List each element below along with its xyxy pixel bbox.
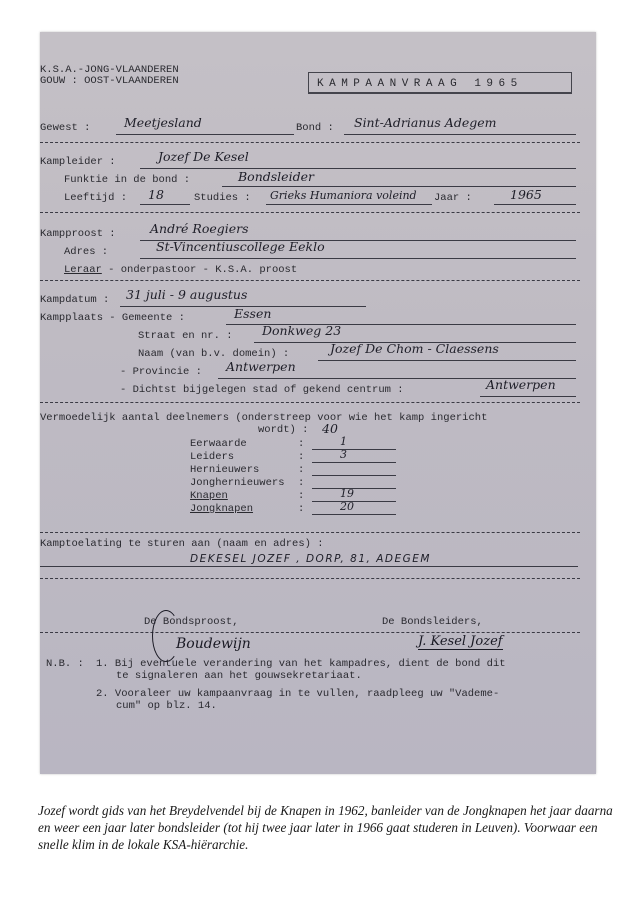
note-1: 1. Bij eventuele verandering van het kam…: [96, 658, 506, 670]
note-1-cont: te signaleren aan het gouwsekretariaat.: [116, 670, 362, 682]
participant-label: Leiders: [190, 451, 234, 463]
dichtst-value: Antwerpen: [486, 378, 556, 392]
participant-label: Knapen: [190, 490, 228, 502]
scanned-form: K.S.A.-JONG-VLAANDEREN GOUW : OOST-VLAAN…: [40, 32, 596, 774]
bondsleiders-label: De Bondsleiders,: [382, 616, 483, 628]
kampdatum-value: 31 juli - 9 augustus: [126, 288, 247, 302]
photo-caption: Jozef wordt gids van het Breydelvendel b…: [38, 802, 618, 853]
bond-value: Sint-Adrianus Adegem: [354, 116, 496, 130]
kampleider-value: Jozef De Kesel: [158, 150, 249, 164]
participant-label: Hernieuwers: [190, 464, 259, 476]
adres-label: Adres :: [64, 246, 108, 258]
participant-colon: :: [298, 464, 304, 476]
participant-label: Eerwaarde: [190, 438, 247, 450]
provincie-label: - Provincie :: [120, 366, 202, 378]
participants-total: 40: [322, 422, 338, 436]
studies-value: Grieks Humaniora voleind: [270, 189, 417, 203]
notes-prefix: N.B. :: [46, 658, 84, 670]
note-2-cont: cum" op blz. 14.: [116, 700, 217, 712]
bondsleiders-signature: J. Kesel Jozef: [418, 634, 503, 650]
naam-domein-value: Jozef De Chom - Claessens: [330, 342, 499, 356]
funktie-label: Funktie in de bond :: [64, 174, 190, 186]
participant-colon: :: [298, 451, 304, 463]
bondsproost-signature: Boudewijn: [176, 636, 251, 652]
participant-count: 3: [340, 448, 347, 462]
jaar-value: 1965: [510, 188, 542, 202]
admission-value: DEKESEL JOZEF , DORP, 81, ADEGEM: [190, 552, 431, 566]
participants-intro-2: wordt) :: [258, 424, 308, 436]
kampproost-value: André Roegiers: [150, 222, 249, 236]
participant-count: 19: [340, 487, 354, 501]
straat-value: Donkweg 23: [262, 324, 341, 338]
participants-intro: Vermoedelijk aantal deelnemers (onderstr…: [40, 412, 487, 424]
note-2: 2. Vooraleer uw kampaanvraag in te vulle…: [96, 688, 499, 700]
admission-label: Kamptoelating te sturen aan (naam en adr…: [40, 538, 324, 550]
provincie-value: Antwerpen: [226, 360, 296, 374]
participant-label: Jongknapen: [190, 503, 253, 515]
kampleider-label: Kampleider :: [40, 156, 116, 168]
gouw-name: GOUW : OOST-VLAANDEREN: [40, 75, 179, 87]
participant-count: 20: [340, 500, 354, 514]
dichtst-label: - Dichtst bijgelegen stad of gekend cent…: [120, 384, 404, 396]
straat-label: Straat en nr. :: [138, 330, 233, 342]
gewest-label: Gewest :: [40, 122, 90, 134]
gemeente-value: Essen: [234, 307, 271, 321]
leeftijd-label: Leeftijd :: [64, 192, 127, 204]
participant-count: 1: [340, 435, 347, 449]
kampproost-label: Kampproost :: [40, 228, 116, 240]
kampplaats-label: Kampplaats - Gemeente :: [40, 312, 185, 324]
jaar-label: Jaar :: [434, 192, 472, 204]
studies-label: Studies :: [194, 192, 251, 204]
kampdatum-label: Kampdatum :: [40, 294, 109, 306]
gewest-value: Meetjesland: [124, 116, 202, 130]
form-title: KAMPAANVRAAG 1965: [308, 72, 572, 94]
leeftijd-value: 18: [148, 188, 164, 202]
participant-colon: :: [298, 438, 304, 450]
proost-type: Leraar - onderpastoor - K.S.A. proost: [64, 264, 297, 276]
adres-value: St-Vincentiuscollege Eeklo: [156, 240, 325, 254]
participant-colon: :: [298, 503, 304, 515]
participant-colon: :: [298, 477, 304, 489]
bond-label: Bond :: [296, 122, 334, 134]
participant-label: Jonghernieuwers: [190, 477, 285, 489]
participant-colon: :: [298, 490, 304, 502]
funktie-value: Bondsleider: [238, 170, 314, 184]
